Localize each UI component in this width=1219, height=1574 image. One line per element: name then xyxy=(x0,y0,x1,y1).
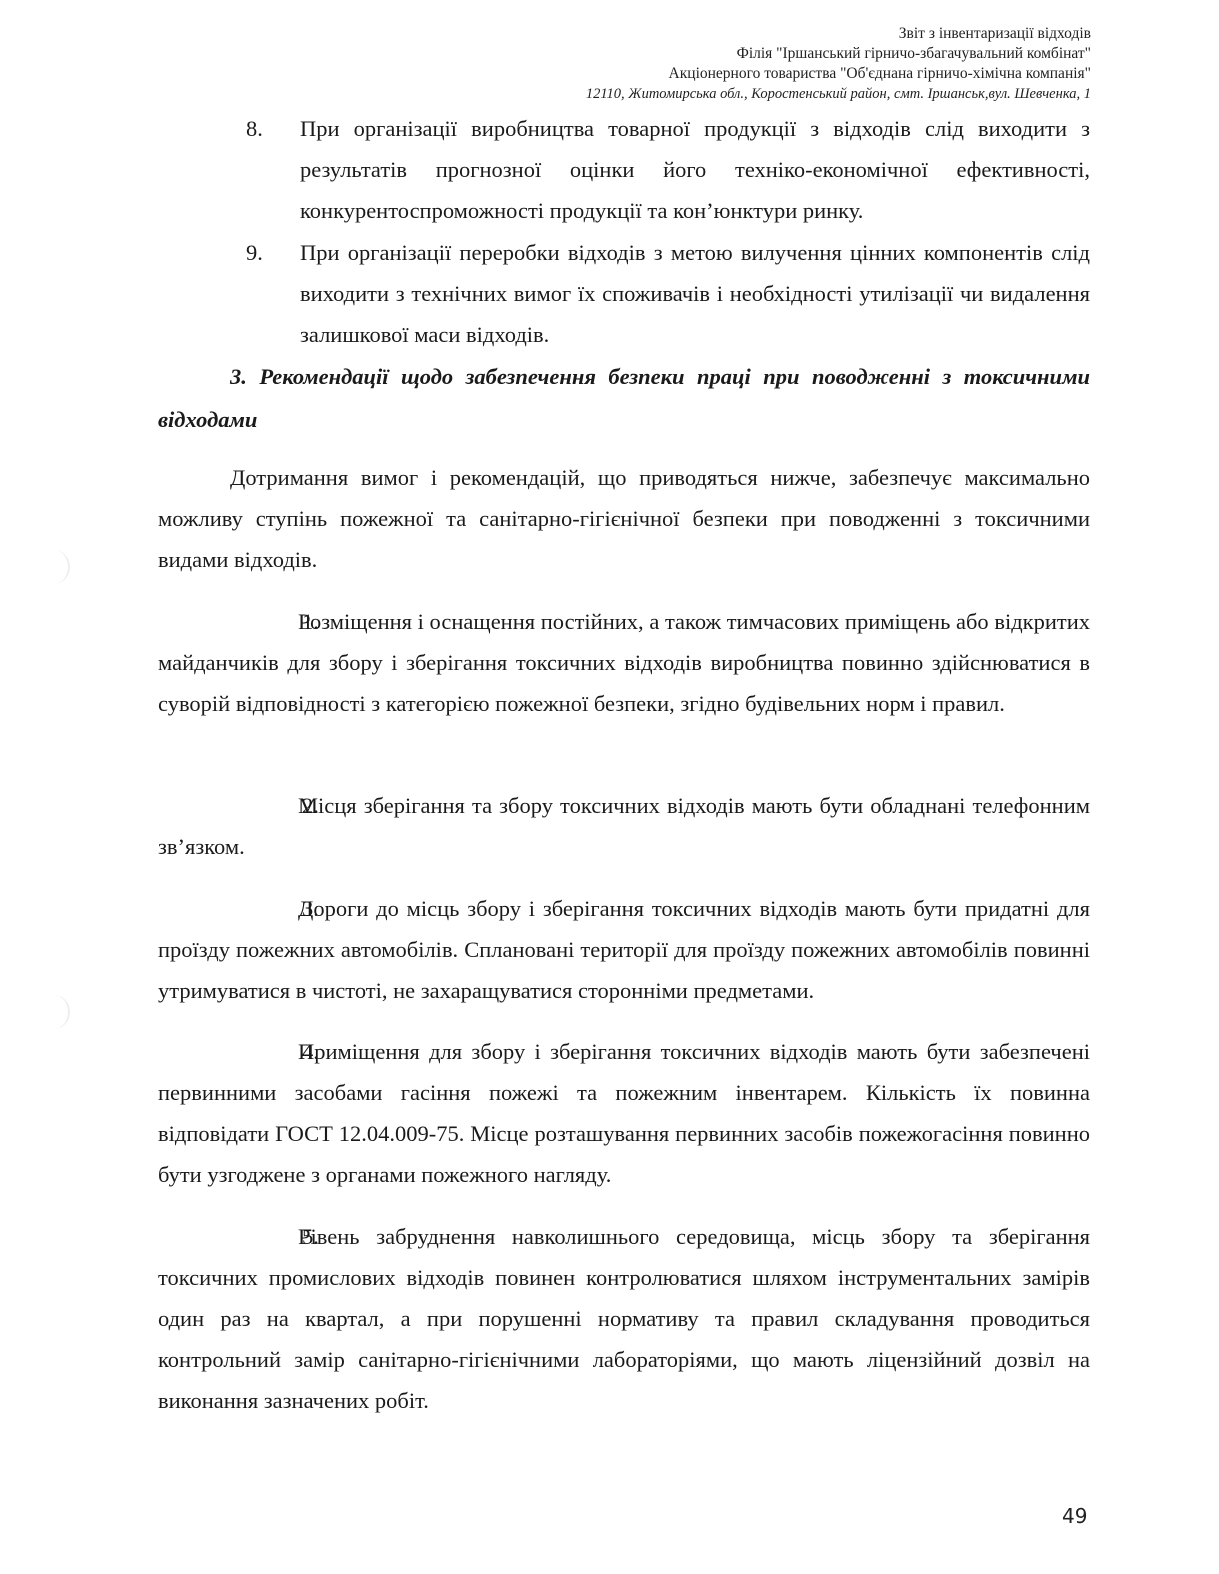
list-item-9: 9. При організації переробки відходів з … xyxy=(230,232,1090,355)
page-number: 49 xyxy=(1062,1504,1087,1528)
rule-number: 4. xyxy=(230,1031,298,1072)
header-address: 12110, Житомирська обл., Коростенський р… xyxy=(586,84,1091,104)
rule-item-4: 4.Приміщення для збору і зберігання токс… xyxy=(158,1031,1090,1195)
section-intro: Дотримання вимог і рекомендацій, що прив… xyxy=(158,457,1090,580)
rule-number: 5. xyxy=(230,1216,298,1257)
list-item-text: При організації виробництва товарної про… xyxy=(300,108,1090,231)
rule-text: Розміщення і оснащення постійних, а тако… xyxy=(158,609,1090,716)
rule-number: 1. xyxy=(230,601,298,642)
rule-item-3: 3.Дороги до місць збору і зберігання ток… xyxy=(158,888,1090,1011)
rule-number: 3. xyxy=(230,888,298,929)
binder-hole-mark xyxy=(38,550,70,584)
header-company: Акціонерного товариства "Об'єднана гірни… xyxy=(586,64,1091,84)
list-item-number: 9. xyxy=(246,232,263,273)
rule-text: Дороги до місць збору і зберігання токси… xyxy=(158,896,1090,1003)
page-header: Звіт з інвентаризації відходів Філія "Ір… xyxy=(586,24,1091,104)
rule-item-1: 1.Розміщення і оснащення постійних, а та… xyxy=(158,601,1090,724)
list-item-8: 8. При організації виробництва товарної … xyxy=(230,108,1090,231)
section-heading: 3. Рекомендації щодо забезпечення безпек… xyxy=(158,355,1090,441)
header-branch: Філія "Іршанський гірничо-збагачувальний… xyxy=(586,44,1091,64)
binder-hole-mark xyxy=(38,995,70,1029)
rule-text: Місця зберігання та збору токсичних відх… xyxy=(158,793,1090,859)
header-report-title: Звіт з інвентаризації відходів xyxy=(586,24,1091,44)
list-item-number: 8. xyxy=(246,108,263,149)
rule-item-2: 2.Місця зберігання та збору токсичних ві… xyxy=(158,785,1090,867)
rule-text: Приміщення для збору і зберігання токсич… xyxy=(158,1039,1090,1187)
list-item-text: При організації переробки відходів з мет… xyxy=(300,232,1090,355)
rule-number: 2. xyxy=(230,785,298,826)
rule-item-5: 5.Рівень забруднення навколишнього серед… xyxy=(158,1216,1090,1421)
